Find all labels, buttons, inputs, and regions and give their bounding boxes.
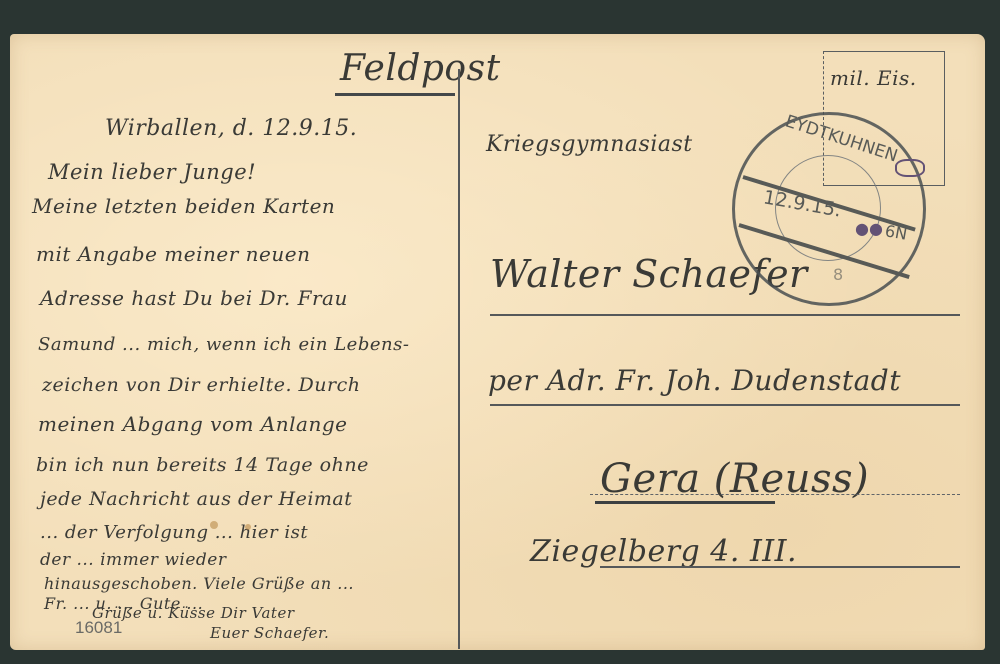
signature: Euer Schaefer. <box>210 624 329 642</box>
service-note: Kriegsgymnasiast <box>486 132 693 157</box>
dateline: Wirballen, d. 12.9.15. <box>105 116 357 141</box>
stain <box>245 524 251 530</box>
message-line: der ... immer wieder <box>40 550 226 570</box>
center-divider <box>458 69 460 649</box>
city-line: Gera (Reuss) <box>600 456 869 502</box>
header-underline <box>335 93 455 96</box>
stamp-annotation: mil. Eis. <box>830 66 917 90</box>
message-line: Adresse hast Du bei Dr. Frau <box>40 286 348 310</box>
message-line: Mein lieber Junge! <box>48 160 256 184</box>
card-number: 16081 <box>75 618 122 638</box>
city-underline <box>595 501 775 504</box>
address-line-2 <box>490 404 960 406</box>
violet-censor-mark: ●● <box>855 219 883 238</box>
message-line: hinausgeschoben. Viele Grüße an ... <box>44 574 354 593</box>
postmark: EYDTKUHNEN 12.9.15. 6N 8 ●● <box>732 112 926 306</box>
care-of-line: per Adr. Fr. Joh. Dudenstadt <box>488 364 901 397</box>
message-line: Grüße u. Küsse Dir Vater <box>92 604 295 622</box>
street-line: Ziegelberg 4. III. <box>530 534 797 569</box>
address-line-3 <box>590 494 960 495</box>
message-line: jede Nachricht aus der Heimat <box>40 488 352 510</box>
message-line: Samund ... mich, wenn ich ein Lebens- <box>38 334 409 355</box>
message-line: bin ich nun bereits 14 Tage ohne <box>36 454 369 476</box>
violet-oval-stamp <box>895 159 925 177</box>
message-line: meinen Abgang vom Anlange <box>38 412 348 436</box>
address-line-1 <box>490 314 960 316</box>
message-line: zeichen von Dir erhielte. Durch <box>42 374 360 396</box>
header-feldpost: Feldpost <box>340 48 501 89</box>
address-line-4 <box>600 566 960 568</box>
postcard: Feldpost Wirballen, d. 12.9.15. Mein lie… <box>10 34 985 650</box>
message-line: ... der Verfolgung ... hier ist <box>40 522 308 543</box>
postmark-time: 6N <box>884 221 909 244</box>
message-line: Meine letzten beiden Karten <box>32 194 335 218</box>
message-line: mit Angabe meiner neuen <box>36 242 310 266</box>
postmark-number: 8 <box>833 265 843 284</box>
stain <box>210 521 218 529</box>
